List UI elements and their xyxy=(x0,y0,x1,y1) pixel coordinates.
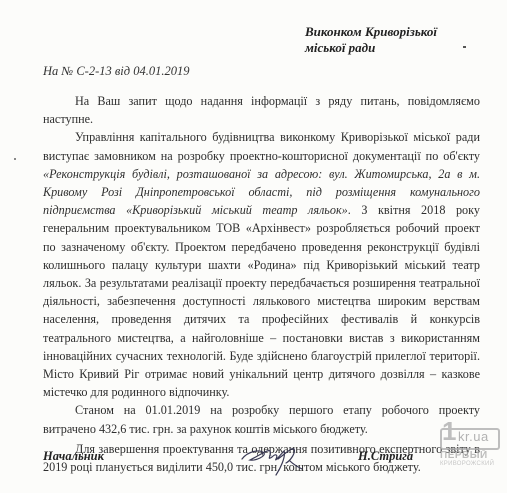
addressee-line-1: Виконком Криворізької xyxy=(305,24,437,40)
letter-body: На Ваш запит щодо надання інформації з р… xyxy=(43,92,480,476)
paragraph-spending: Станом на 01.01.2019 на розробку першого… xyxy=(43,401,480,437)
paragraph-text: . З квітня 2018 року генеральним проекту… xyxy=(43,203,480,399)
paragraph-text: На Ваш запит щодо надання інформації з р… xyxy=(43,94,480,126)
logo-site: kr.ua xyxy=(458,429,489,444)
paragraph-text: Станом на 01.01.2019 на розробку першого… xyxy=(43,403,480,435)
paragraph-text: Управління капітального будівництва вико… xyxy=(43,130,480,162)
logo-line-2: КРИВОРОЖСКИЙ xyxy=(440,461,494,467)
logo-number: 1 xyxy=(442,418,456,444)
paragraph-project: Управління капітального будівництва вико… xyxy=(43,128,480,401)
logo-line-1: ПЕРВЫЙ xyxy=(440,450,488,461)
scan-speck xyxy=(463,46,466,48)
scan-speck xyxy=(14,158,16,160)
paragraph-intro: На Ваш запит щодо надання інформації з р… xyxy=(43,92,480,128)
signatory-name: Н.Стрига xyxy=(358,449,413,464)
signatory-title: Начальник xyxy=(43,449,104,464)
signature-row: Начальник Н.Стрига xyxy=(43,449,433,479)
reference-number: На № С-2-13 від 04.01.2019 xyxy=(43,64,189,79)
addressee-line-2: міської ради xyxy=(305,40,437,56)
watermark-logo: 1 kr.ua ПЕРВЫЙ КРИВОРОЖСКИЙ xyxy=(436,416,504,468)
addressee-block: Виконком Криворізької міської ради xyxy=(305,24,437,56)
handwritten-signature-icon xyxy=(238,439,308,482)
